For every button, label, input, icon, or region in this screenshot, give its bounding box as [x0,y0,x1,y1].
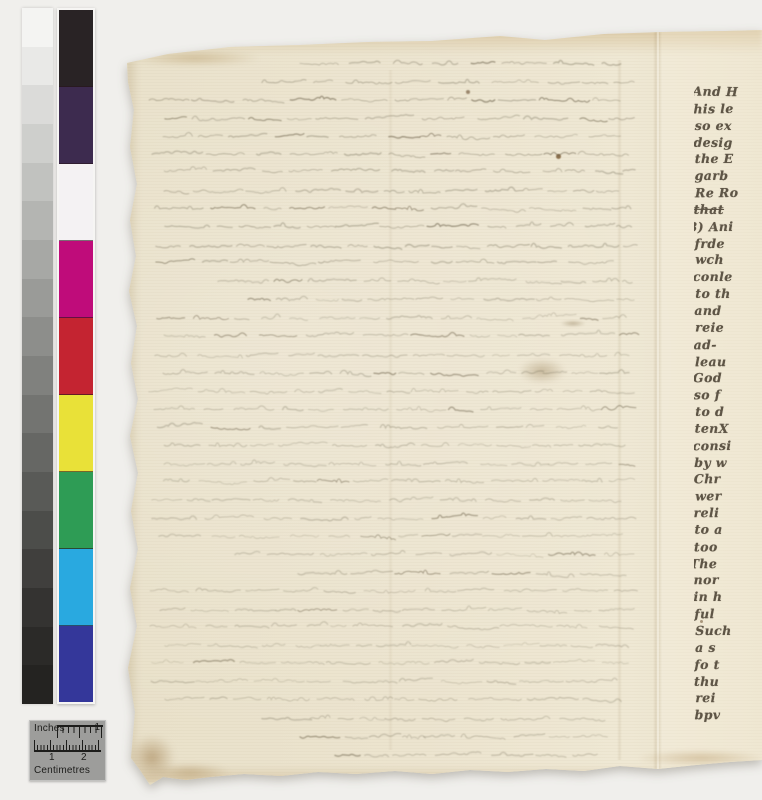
ghost-text-line [526,281,561,283]
ghost-text-line [363,334,407,336]
ghost-text-line [458,588,494,591]
ghost-text-line [522,371,544,373]
ghost-text-line [192,98,234,102]
ghost-text-line [483,516,506,519]
ghost-text-line [212,536,235,538]
ghost-text-line [583,698,621,702]
ghost-text-line [283,407,303,411]
ghost-text-line [264,518,291,520]
ghost-text-line [276,296,307,300]
ghost-text-line [577,533,623,536]
ghost-text-line [207,462,235,466]
margin-line: to th [695,286,762,303]
ghost-text-line [379,661,429,664]
ghost-text-line [416,553,441,555]
ghost-text-line [196,588,240,592]
ghost-text-line [360,318,380,320]
margin-line: 3) Ani [694,218,757,236]
ghost-text-line [583,208,610,210]
margin-line: ful [694,606,762,623]
ghost-text-line [560,354,607,357]
ghost-text-line [301,517,348,521]
ghost-text-line [294,481,316,482]
ghost-text-line [427,224,478,227]
ghost-text-line [603,315,626,319]
margin-line: reie [695,319,762,337]
ghost-text-line [254,478,290,482]
ghost-text-line [307,622,327,626]
margin-line: too [694,538,762,556]
ghost-text-line [560,718,605,721]
ghost-text-line [492,752,533,756]
ghost-text-line [530,408,552,410]
margin-line: a s [695,640,762,657]
ghost-text-line [236,609,276,611]
ghost-text-line [267,244,306,247]
ghost-text-line [263,171,283,173]
ghost-text-line [492,478,538,481]
ghost-text-line [438,424,488,428]
ghost-text-line [500,624,552,627]
ghost-text-line [590,390,634,394]
ghost-text-line [593,278,619,282]
ghost-text-line [275,134,304,137]
manuscript-page-wrapper: And Hhis leso exdesigthe EgarbRe Rothat3… [0,0,762,800]
ghost-text-line [309,409,334,411]
ghost-text-line [296,645,321,648]
ghost-text-line [551,223,574,227]
ghost-text-line [329,462,376,466]
ghost-text-line [267,553,313,555]
ghost-text-line [196,679,248,683]
ghost-text-line [403,608,435,610]
ghost-text-line [239,535,279,538]
ghost-text-line [531,243,561,248]
ghost-text-line [557,406,601,411]
ghost-text-line [233,697,260,700]
ghost-text-line [450,552,492,556]
ghost-text-line [623,280,633,283]
ghost-text-line [390,497,433,502]
margin-line: ad- [694,336,762,353]
ghost-text-line [290,318,308,321]
ghost-text-line [409,189,440,193]
ghost-text-line [151,681,194,683]
ghost-text-line [193,189,243,193]
ghost-text-line [536,572,574,577]
ghost-text-line [442,606,486,611]
ghost-text-line [246,353,277,356]
ghost-text-line [355,517,371,520]
ghost-text-line [262,643,284,646]
ghost-text-line [287,426,338,428]
ghost-text-line [498,335,517,337]
ghost-text-line [596,644,629,647]
ghost-text-line [399,372,424,374]
ghost-text-line [164,443,200,446]
ghost-text-line [612,206,631,209]
ghost-text-line [211,205,255,209]
ghost-text-line [154,406,194,410]
ghost-text-line [343,681,397,683]
ghost-text-line [276,609,296,611]
ghost-text-line [150,589,188,593]
ghost-text-line [457,246,480,248]
ghost-text-line [563,390,582,392]
ghost-text-line [432,261,453,263]
ghost-text-line [259,335,296,337]
ghost-text-line [549,552,595,556]
ghost-text-line [477,318,513,321]
ghost-text-line [241,460,275,465]
ghost-text-line [536,297,561,301]
ghost-text-line [307,136,328,137]
ghost-text-line [431,373,479,376]
ghost-text-line [447,355,484,357]
ghost-text-line [493,391,531,393]
ghost-text-line [205,515,254,519]
ghost-text-line [284,463,326,466]
ghost-text-line [164,335,205,338]
ghost-text-line [420,133,441,136]
ghost-text-line [239,226,271,229]
ghost-text-line [307,226,335,228]
ghost-text-line [556,425,585,428]
margin-line: nor [694,572,762,589]
ghost-text-line [262,80,306,83]
ghost-text-line [213,168,255,171]
ghost-text-line [525,662,550,664]
ghost-text-line [599,609,634,611]
ghost-text-line [198,135,222,137]
ghost-text-line [324,591,355,594]
ghost-text-line [298,609,337,612]
ghost-text-line [165,117,187,119]
margin-line: Re Ro [695,185,762,202]
ghost-text-line [614,590,637,591]
ghost-text-line [572,372,598,374]
ghost-text-line [319,260,361,263]
ghost-text-line [398,279,440,284]
ghost-text-line [314,80,333,82]
margin-line: wch [695,252,762,270]
ghost-text-line [488,608,521,610]
ghost-text-line [459,153,494,156]
ghost-text-line [469,698,522,701]
ghost-text-line [384,190,404,192]
ghost-text-line [540,645,566,647]
ghost-text-line [494,169,530,173]
ghost-text-line [450,571,488,573]
ghost-text-line [609,478,635,481]
ghost-text-line [422,534,450,536]
ghost-text-line [481,407,521,410]
ghost-text-line [586,463,612,465]
ghost-text-line [237,244,265,247]
ghost-text-line [365,755,389,757]
ghost-text-line [336,223,379,226]
ghost-text-line [392,169,425,172]
ghost-text-line [296,188,340,192]
ghost-text-line [374,373,396,375]
margin-line: fo t [694,657,762,674]
ghost-text-line [316,118,358,120]
ghost-text-line [360,717,385,720]
ghost-text-line [441,316,471,319]
ghost-text-line [374,246,402,249]
margin-line: reli [694,505,762,522]
ghost-text-line [504,589,556,592]
ghost-text-line [523,313,576,319]
ghost-text-line [164,167,206,172]
ghost-text-line [580,318,598,320]
ghost-text-line [340,135,376,138]
ghost-text-line [487,681,515,684]
ghost-text-line [395,99,443,102]
ghost-text-line [530,498,555,500]
ghost-text-line [580,574,626,577]
ghost-text-line [386,461,421,466]
ghost-text-line [281,662,324,665]
ghost-text-line [353,623,393,627]
margin-line: thu [694,673,762,690]
ghost-text-line [326,662,370,665]
ghost-text-line [395,81,430,84]
ghost-text-line [602,63,621,66]
ghost-text-line [571,646,592,648]
ghost-text-line [502,62,546,64]
ghost-text-line [234,406,273,410]
ghost-text-line [488,244,530,247]
ghost-text-line [331,500,381,502]
margin-line: rei [695,690,762,707]
ghost-text-line [318,355,358,357]
ghost-text-line [310,371,332,373]
ghost-text-line [600,370,629,374]
ghost-text-line [149,99,189,101]
ghost-text-line [369,733,400,737]
ghost-text-line [387,316,432,319]
ghost-text-line [300,63,338,65]
ghost-text-line [469,278,516,281]
ghost-text-line [424,735,455,737]
ghost-text-line [346,189,378,192]
ghost-text-line [486,499,521,502]
ghost-text-line [257,152,281,155]
ghost-text-line [235,625,269,628]
ghost-text-line [516,188,542,191]
margin-line: so f [694,387,762,404]
ghost-text-line [620,333,639,335]
ghost-text-line [290,96,336,100]
ghost-text-line [380,425,426,429]
ghost-text-line [165,697,204,700]
ghost-text-line [578,151,628,156]
ghost-text-line [440,498,476,502]
margin-line: his le [694,101,761,119]
ghost-text-line [585,223,614,227]
ghost-text-line [319,389,342,393]
ghost-text-line [198,355,243,358]
ghost-text-line [194,660,235,663]
ghost-text-line [569,261,614,265]
ghost-text-line [364,278,390,281]
ghost-text-line [575,610,591,611]
ghost-text-line [210,697,227,699]
ghost-text-line [432,513,477,519]
ghost-text-line [190,246,232,248]
ghost-text-line [331,625,346,626]
ghost-text-line [492,573,530,575]
margin-line: to a [694,521,762,539]
ghost-text-line [543,479,580,481]
ghost-text-line [448,626,499,630]
ghost-text-line [288,499,321,503]
margin-line: wer [695,488,762,506]
ghost-text-line [246,188,286,194]
ghost-text-line [527,697,578,700]
ghost-text-line [206,625,227,627]
ghost-text-line [497,445,531,448]
ghost-text-line [156,259,195,264]
ghost-text-line [448,97,467,100]
ghost-text-line [368,298,414,300]
ghost-text-line [290,207,325,209]
ghost-text-line [209,443,247,447]
margin-handwriting-column: And Hhis leso exdesigthe EgarbRe Rothat3… [694,84,762,734]
ghost-text-line [433,61,458,65]
ghost-text-line [340,370,371,376]
ghost-text-line [589,135,621,137]
ghost-text-line [422,718,454,721]
ghost-text-line [432,246,452,248]
ghost-text-line [343,609,368,611]
ghost-text-line [307,681,331,682]
ghost-text-line [289,169,322,171]
ghost-text-line [249,117,282,120]
ghost-text-line [444,281,467,282]
margin-line: so ex [695,118,762,135]
margin-line: God [694,370,761,387]
ghost-text-line [393,60,422,64]
ghost-text-line [155,353,187,357]
ghost-text-line [295,389,314,392]
ghost-text-line [395,570,440,574]
ghost-text-line [158,423,203,428]
ghost-text-line [298,571,347,575]
ghost-text-line [270,262,316,266]
ghost-text-line [561,500,584,501]
ghost-text-line [557,624,587,627]
ghost-text-line [543,371,566,373]
ghost-text-line [376,443,415,448]
ghost-text-line [341,425,367,428]
ghost-text-line [424,462,467,465]
ghost-text-line [310,715,330,719]
ghost-text-line [397,406,446,411]
ghost-text-line [425,588,456,592]
ghost-text-line [422,117,464,120]
ghost-text-line [246,589,279,591]
ghost-text-line [215,371,254,375]
ghost-text-line [316,299,338,301]
ghost-text-line [549,736,569,737]
ghost-text-line [487,370,516,374]
ghost-text-line [149,388,193,392]
ghost-text-line [346,80,392,84]
margin-line: by w [694,455,762,472]
ghost-text-line [445,479,483,483]
ghost-text-line [478,115,519,120]
ghost-text-line [203,260,228,262]
ghost-text-line [573,754,597,757]
ghost-text-line [389,153,425,158]
ghost-text-line [191,610,228,612]
ghost-text-line [524,116,568,120]
ghost-text-line [441,680,482,684]
ghost-text-line [187,499,210,502]
ghost-text-line [458,444,491,447]
ghost-text-line [449,407,473,412]
margin-line: bpv [695,707,762,724]
ghost-text-line [160,608,185,610]
ghost-text-line [554,60,594,65]
ghost-text-line [587,517,636,520]
ghost-text-line [374,260,419,263]
ghost-text-line [471,62,495,64]
ghost-text-line [218,280,268,284]
ghost-text-line [254,678,304,682]
ghost-text-line [419,698,457,701]
ghost-text-line [456,169,486,172]
ghost-text-line [516,516,545,519]
ghost-text-line [215,333,247,337]
ghost-text-line [163,369,207,374]
ghost-text-line [413,354,444,356]
ghost-text-line [363,355,407,358]
ghost-text-line [543,168,562,171]
ghost-text-line [206,153,244,155]
ghost-text-line [535,389,552,392]
margin-line: to d [695,404,762,421]
ghost-text-line [536,755,566,758]
ghost-text-line [548,82,579,84]
ghost-text-line [364,590,415,593]
ghost-text-line [453,534,482,537]
ghost-text-line [599,626,633,629]
ghost-text-line [403,735,426,739]
ghost-text-line [464,718,493,721]
ghost-text-line [512,462,549,466]
ghost-text-line [329,535,350,537]
ghost-text-line [317,698,354,701]
manuscript-photograph: Inches 1 1 2 Centimetres [0,0,762,800]
ghost-text-line [378,518,423,520]
margin-line: and [694,303,762,320]
ghost-text-line [479,662,519,665]
ghost-text-line [501,716,550,720]
ghost-text-line [467,645,500,648]
ghost-text-line [517,222,541,226]
ghost-text-line [152,151,202,154]
ghost-text-line [260,372,303,376]
ghost-text-line [300,736,340,738]
ghost-text-line [483,534,520,537]
ghost-text-line [605,552,634,556]
ghost-text-line [486,187,516,191]
margin-line: garb [695,168,762,185]
ghost-text-line [565,170,584,172]
